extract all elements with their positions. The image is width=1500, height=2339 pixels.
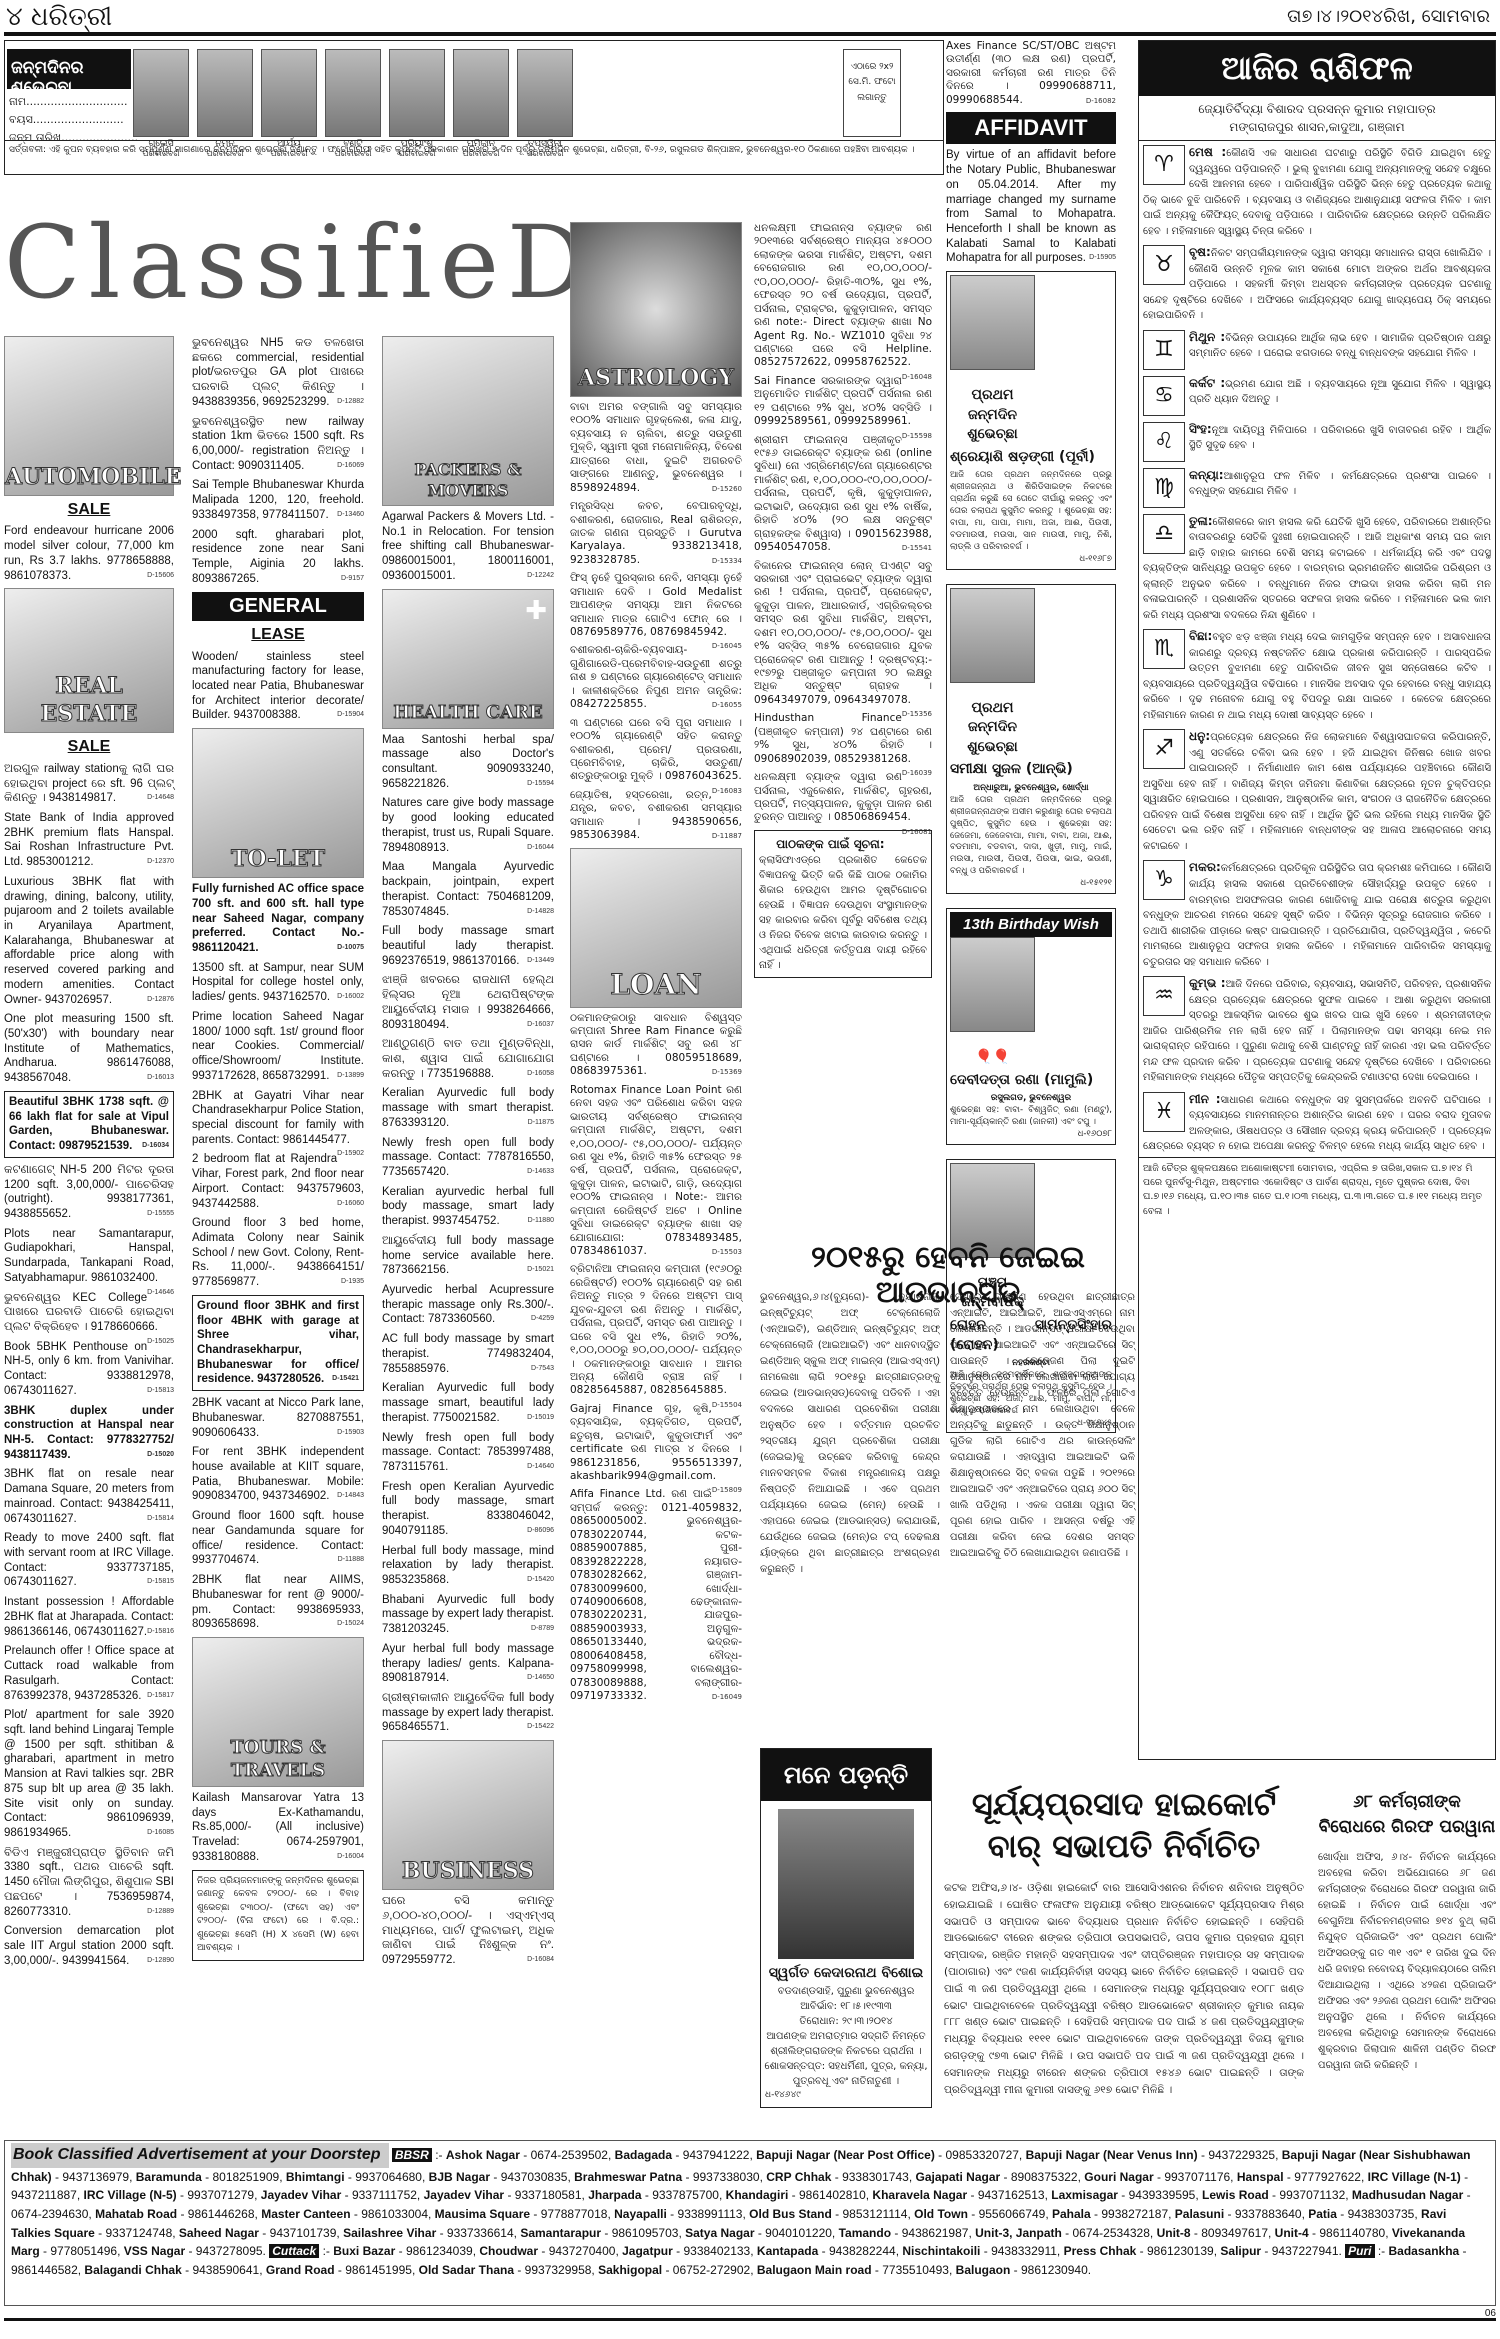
horoscope-sign: ♐ଧନୁ:ପ୍ରତ୍ୟେକ କ୍ଷେତ୍ରରେ ନିଜ ଲୋକମାନେ ବିଶ୍… <box>1139 725 1495 856</box>
classified-ad: Keralian ayurvedic herbal full body mass… <box>382 1185 554 1229</box>
classified-ad: Beautiful 3BHK 1738 sqft. @ 66 lakh flat… <box>4 1091 174 1158</box>
centre-phone: 9337180581 <box>515 2188 582 2202</box>
classified-ad: 3BHK duplex under construction at Hanspa… <box>4 1404 174 1463</box>
centre-name: Madhusudan Nagar <box>1352 2188 1463 2202</box>
classified-logo: ClassifieD <box>4 208 524 318</box>
ad-code: D-14648 <box>147 794 174 803</box>
sign-text: ଆଶାନୁରୂପ ଫଳ ମିଳିବ । କର୍ମକ୍ଷେତ୍ରରେ ପ୍ରଶଂସ… <box>1189 471 1491 498</box>
sign-name: ବିଛା: <box>1189 629 1212 643</box>
column-services: PACKERS & MOVERS Agarwal Packers & Mover… <box>382 336 554 1973</box>
wish-badge: 13th Birthday Wish <box>950 912 1112 937</box>
zodiac-icon: ♐ <box>1143 729 1185 769</box>
wish-place: ରସୁଲଗଡ, ଭୁବନେଶ୍ୱର <box>950 1093 1112 1105</box>
centre-name: Old Town <box>914 2207 968 2221</box>
booking-centre: Unit-4 - 9861140780, <box>1275 2226 1392 2240</box>
column-automobile-realestate: AUTOMOBILE SALE Ford endeavour hurricane… <box>4 336 174 1973</box>
centre-name: Khandagiri <box>726 2188 789 2202</box>
ad-code: D-16034 <box>142 1142 169 1151</box>
centre-name: Jharpada <box>588 2188 641 2202</box>
photo-placeholder: ଏଠାରେ ୨x୨ ସେ.ମି. ଫଟୋ ଲଗାନ୍ତୁ <box>843 49 901 137</box>
ad-code: D-15356 <box>902 710 932 719</box>
centre-name: Badagada <box>615 2148 672 2162</box>
centre-name: Nayapalli <box>614 2207 667 2221</box>
centre-name: Balugaon Main road <box>757 2263 872 2277</box>
sign-text: ଆଜି ଦିନରେ ପରିବାର, ବ୍ୟବସାୟ, ସଭାସମିତି, ପରି… <box>1143 979 1491 1083</box>
centre-phone: 9337883640 <box>1235 2207 1302 2221</box>
wish-name: ଦେବୀଦତ୍ତା ରଣା (ମାମୁଲି) <box>950 1071 1112 1091</box>
classified-ad: 2000 sqft. gharabari plot, residence zon… <box>192 528 364 587</box>
horoscope-title: ଆଜିର ରାଶିଫଳ <box>1139 41 1495 96</box>
centre-name: Jayadev Vihar <box>261 2188 342 2202</box>
automobile-sale-heading: SALE <box>4 500 174 520</box>
centre-phone: 9437101739 <box>270 2226 337 2240</box>
wish-photo <box>950 937 1035 1032</box>
centre-name: Kharavela Nagar <box>872 2188 967 2202</box>
ad-code: D-15020 <box>147 1451 174 1460</box>
classified-ad: Plots near Samantarapur, Gudiapokhari, H… <box>4 1227 174 1286</box>
classified-ad: Ground floor 3BHK and first floor 4BHK w… <box>192 1295 364 1391</box>
centre-phone: 8908375322 <box>1011 2170 1078 2184</box>
centre-phone: 9437227941 <box>1272 2244 1339 2258</box>
centre-phone: 9937064680 <box>355 2170 422 2184</box>
age-field[interactable]: ବୟସ.......................... <box>9 113 124 127</box>
tours-ads: Kailash Mansarovar Yatra 13 days Ex-Kath… <box>192 1791 364 1865</box>
classified-ad: 2BHK at Gayatri Vihar near Chandrasekhar… <box>192 1089 364 1148</box>
booking-centre: Nischintakoili - 9438332911, <box>902 2244 1063 2258</box>
horoscope-sign: ♈ମେଷ :କୌଣସି ଏକ ସାଧାରଣ ଘଟଣାରୁ ପରିସ୍ଥିତି ବ… <box>1139 141 1495 241</box>
tours-label: TOURS & TRAVELS <box>193 1736 363 1782</box>
classified-ad: ବଶୀକରଣ-ଚାକିରି-ବ୍ୟବସାୟ-ଗୁଣିଗାରେଡି-ପ୍ରେମବି… <box>570 644 742 711</box>
booking-centre: Old Town - 9556066749, <box>914 2207 1052 2221</box>
child-photo <box>325 49 381 137</box>
classified-ad: ଆୟୁର୍ବେଦୀୟ full body massage home servic… <box>382 1234 554 1278</box>
affidavit-heading: AFFIDAVIT <box>946 112 1116 144</box>
classified-ad: Hindusthan Finance (ପଞ୍ଜୀକୃତ କମ୍ପାନୀ) ୨୪… <box>754 712 932 766</box>
classified-ad: AC full body massage by smart therapist.… <box>382 1332 554 1376</box>
birthday-wish-ad: ପ୍ରଥମ ଜନ୍ମଦିନ ଶୁଭେଚ୍ଛାଶ୍ରେୟାଶି ଷଡ଼ଙ୍ଗୀ (… <box>946 271 1116 570</box>
classified-ad: ଧନଲକ୍ଷ୍ମୀ ଫାଇନାନ୍ସ ବ୍ୟାଙ୍କ ରଣ ୨୦୧୩ରେ ସର୍… <box>754 222 932 370</box>
ad-code: D-16082 <box>1086 97 1116 106</box>
classified-ad: ଝାଞ୍ଜି ଖବରରେ ରାଜଧାନୀ ହେଲ୍ଥ ହିଲ୍ସର ନୂଆ ଥେ… <box>382 973 554 1032</box>
ad-text: ଧନଲକ୍ଷ୍ମୀ ଫାଇନାନ୍ସ ବ୍ୟାଙ୍କ ରଣ ୨୦୧୩ରେ ସର୍… <box>754 222 932 368</box>
wish-code: ଧ-୧୬୦୭୮ <box>950 1129 1112 1141</box>
zodiac-icon: ♉ <box>1143 245 1185 285</box>
sign-text: ନୂଆ ଦାୟିତ୍ୱ ମିଳିପାରେ । ପରିବାରରେ ଖୁସି ବାତ… <box>1189 425 1491 452</box>
booking-centre: Baramunda - 8018251909, <box>136 2170 286 2184</box>
zodiac-icon: ♋ <box>1143 376 1185 416</box>
ad-code: D-16084 <box>527 1956 554 1965</box>
centre-phone: 9437278095 <box>196 2244 263 2258</box>
centre-phone: 9338301743 <box>842 2170 909 2184</box>
tours-image: TOURS & TRAVELS <box>192 1637 364 1787</box>
obituary-photo <box>778 1809 914 1959</box>
booking-centre: Tamando - 9438621987, <box>839 2226 976 2240</box>
booking-centres-footer: Book Classified Advertisement at your Do… <box>4 2140 1496 2306</box>
centre-phone: 9438590641 <box>192 2263 259 2277</box>
centre-phone: 9937071132 <box>1279 2188 1345 2202</box>
ad-code: D-16002 <box>337 993 364 1002</box>
ad-code: D-12882 <box>337 398 364 407</box>
ad-code: D-14640 <box>527 1463 554 1472</box>
ad-code: D-15503 <box>712 1248 742 1257</box>
ad-code: D-16085 <box>147 1829 174 1838</box>
ad-code: D-15421 <box>332 1375 359 1384</box>
ad-code: D-15817 <box>147 1692 174 1701</box>
centre-name: Gouri Nagar <box>1084 2170 1153 2184</box>
classified-ad: Rotomax Finance Loan Point ରଣ ନେବା ସହଜ ଏ… <box>570 1084 742 1259</box>
centre-phone: 8018251909 <box>212 2170 279 2184</box>
centre-phone: 9937071176 <box>1164 2170 1230 2184</box>
real-estate-sale-heading: SALE <box>4 737 174 757</box>
centre-phone: 9853121114 <box>843 2207 908 2221</box>
classified-ad: ଠକମାନଙ୍କଠାରୁ ସାବଧାନ ବିଶ୍ୱସ୍ତ କମ୍ପାନୀ Shr… <box>570 1012 742 1079</box>
classified-ad: କଟଣାଗେଟ୍ NH-5 200 ମିଟର ଦୂରତା 1200 sqft. … <box>4 1163 174 1222</box>
wish-code: ଧ-୧୧୬୮୭ <box>950 554 1112 566</box>
ad-code: D-15816 <box>147 1628 174 1637</box>
classified-ad: Herbal full body massage, mind relaxatio… <box>382 1544 554 1588</box>
centre-name: Samantarapur <box>520 2226 601 2240</box>
classified-ad: Ford endeavour hurricane 2006 model silv… <box>4 524 174 583</box>
real-estate-ads: ଅରଗୁଳ railway stationକୁ ଲାଗି ଘର ହୋଇଥିବା … <box>4 762 174 1969</box>
classified-ad: ଶ୍ରୀରାମ ଫାଇନାନ୍ସ ପଞ୍ଜୀକୃତ ୧୯୫୬ ଡାଇରେକ୍ଟ … <box>754 434 932 555</box>
centre-phone: 9437941222 <box>683 2148 750 2162</box>
centre-phone: 9938272187 <box>1101 2207 1168 2221</box>
classified-ad: One plot measuring 1500 sft. (50'x30') w… <box>4 1012 174 1086</box>
zodiac-icon: ♒ <box>1143 976 1185 1016</box>
classified-ad: Gajraj Finance ଗୃହ, କୃଷି, ବ୍ୟବସାୟିକ, ବ୍ୟ… <box>570 1403 742 1484</box>
ad-code: D-16055 <box>712 701 742 710</box>
classified-ad: ମନ୍ତ୍ରସିଦ୍ଧ କବଚ, ବେପାରବୃଦ୍ଧି, ବଶୀକରଣ, ରୋ… <box>570 500 742 567</box>
booking-centre: Salipur - 9437227941. <box>1220 2244 1345 2258</box>
ad-code: D-15905 <box>1089 254 1116 263</box>
booking-centre: Gajapati Nagar - 8908375322, <box>915 2170 1084 2184</box>
ad-code: D-15260 <box>712 485 742 494</box>
booking-centre: Brahmeswar Patna - 9937338030, <box>574 2170 766 2184</box>
centre-phone: 9439339595 <box>1129 2188 1196 2202</box>
booking-centre: Press Chhak - 9861230139, <box>1064 2244 1221 2258</box>
classified-ad: Conversion demarcation plot sale IIT Arg… <box>4 1924 174 1968</box>
booking-centre: Kantapada - 9438282244, <box>757 2244 902 2258</box>
classified-ad: ବିଡିଏ ମଞ୍ଜୁରୀପ୍ରାପ୍ତ ସ୍ଥିତିବାନ ଜମି 3380 … <box>4 1846 174 1920</box>
horoscope-sign: ♓ମୀନ :ସାଧାରଣ କଥାରେ ବନ୍ଧୁଙ୍କ ସହ ସୁସମ୍ପର୍କ… <box>1139 1088 1495 1157</box>
centre-phone: 9861234039 <box>406 2244 473 2258</box>
business-label: BUSINESS <box>383 1857 553 1885</box>
ad-code: D-15334 <box>712 557 742 566</box>
booking-centre: Gouri Nagar - 9937071176, <box>1084 2170 1237 2184</box>
booking-centre: Balugaon - 9861230940. <box>956 2263 1091 2277</box>
wish-body: ଆଜି ତୋର ପ୍ରଥମ ଜନ୍ମଦିନରେ ପ୍ରଭୁ ଶ୍ରୀଜଗନ୍ନା… <box>950 470 1112 553</box>
classified-ad: 2BHK flat near AIIMS, Bhubaneswar for re… <box>192 1573 364 1632</box>
ad-text: 2BHK at Gayatri Vihar near Chandrasekhar… <box>192 1090 364 1146</box>
booking-centre: Saheed Nagar - 9437101739, <box>179 2226 343 2240</box>
ad-code: D-14843 <box>337 1492 364 1501</box>
booking-centre: Buxi Bazar - 9861234039, <box>333 2244 479 2258</box>
classified-ad: Ayur herbal full body massage therapy la… <box>382 1642 554 1686</box>
ad-code: D-15024 <box>337 1620 364 1629</box>
classified-ad: State Bank of India approved 2BHK premiu… <box>4 811 174 870</box>
booking-centre: CRP Chhak - 9338301743, <box>766 2170 915 2184</box>
centre-name: Pahala <box>1052 2207 1091 2221</box>
ad-code: D-16044 <box>527 844 554 853</box>
ad-text: Luxurious 3BHK flat with drawing, dining… <box>4 876 174 1006</box>
zodiac-icon: ♓ <box>1143 1092 1185 1132</box>
zodiac-icon: ♑ <box>1143 860 1185 900</box>
classified-ad: Agarwal Packers & Movers Ltd. - No.1 in … <box>382 510 554 584</box>
centre-name: IRC Village (N-1) <box>1368 2170 1461 2184</box>
ad-code: D-16081 <box>902 828 932 837</box>
classified-ad: Fresh open Keralian Ayurvedic full body … <box>382 1480 554 1539</box>
booking-centre: Badagada - 9437941222, <box>615 2148 756 2162</box>
booking-centre: Balugaon Main road - 7735510493, <box>757 2263 956 2277</box>
column-finance: ଧନଲକ୍ଷ୍ମୀ ଫାଇନାନ୍ସ ବ୍ୟାଙ୍କ ରଣ ୨୦୧୩ରେ ସର୍… <box>754 222 932 978</box>
centre-name: Unit-3, Janpath <box>975 2226 1062 2240</box>
ad-code: D-15814 <box>147 1515 174 1524</box>
classified-ad: Newly fresh open full body massage. Cont… <box>382 1431 554 1475</box>
centre-name: Jagatpur <box>622 2244 673 2258</box>
classified-ad: ଭୁବନେଶ୍ୱର NH5 କଡ ତଳଖେତା ଛକରେ commercial,… <box>192 336 364 410</box>
classified-ad: Full body massage smart beautiful lady t… <box>382 924 554 968</box>
classified-ad: Prime location Saheed Nagar 1800/ 1000 s… <box>192 1010 364 1084</box>
centre-phone: 0674-2539502 <box>531 2148 608 2162</box>
packers-image: PACKERS & MOVERS <box>382 336 554 506</box>
booking-centre: Choudwar - 9437270400, <box>479 2244 622 2258</box>
centre-name: Ashok Nagar <box>446 2148 520 2162</box>
centre-phone: 9337111752 <box>352 2188 417 2202</box>
centre-name: Unit-8 <box>1157 2226 1191 2240</box>
ad-code: D-9157 <box>341 575 364 584</box>
ad-code: D-15025 <box>147 1338 174 1347</box>
zodiac-icon: ♏ <box>1143 629 1185 669</box>
obituary-death: ତିରୋଧାନ: ୨୯।୩।୨୦୧୪ <box>761 2014 931 2029</box>
centre-name: Bhimtangi <box>286 2170 345 2184</box>
ad-code: D-16083 <box>712 787 742 796</box>
horoscope-sign: ♉ବୃଷ:ନିକଟ ସମ୍ପର୍କୀୟମାନଙ୍କ ଦ୍ୱାରା ସମସ୍ୟା … <box>1139 241 1495 326</box>
centre-phone: 7735510493 <box>882 2263 949 2277</box>
ad-text: ଭୁବନେଶ୍ୱର KEC College ପାଖରେ ଘରବାଡି ପାଚେର… <box>4 1292 174 1333</box>
bar-body: କଟକ ଅଫିସ,୬।୪- ଓଡ଼ିଶା ହାଇକୋର୍ଟ ବାର ଆସୋସିଏ… <box>944 1880 1304 2098</box>
ad-code: D-16049 <box>712 1693 742 1702</box>
classified-ad: ଭୁବନେଶ୍ୱରସ୍ଥିତ new railway station 1km ଭ… <box>192 415 364 474</box>
classified-ad: 2 bedroom flat at Rajendra Vihar, Forest… <box>192 1152 364 1211</box>
horoscope-sign: ♋କର୍କଟ :ଭ୍ରମଣ ଯୋଗ ଅଛି । ବ୍ୟବସାୟରେ ନୂଆ ସୁ… <box>1139 372 1495 418</box>
classified-ad: Ground floor 3 bed home, Adimata Colony … <box>192 1216 364 1290</box>
sign-text: କର୍ମକ୍ଷେତ୍ରରେ ପ୍ରତିକୂଳ ପରିସ୍ଥିତିର ତାପ କ୍… <box>1143 863 1491 967</box>
centre-name: Master Canteen <box>261 2207 350 2221</box>
ad-code: D-16058 <box>527 1070 554 1079</box>
reader-notice-heading: ପାଠକଙ୍କ ପାଇଁ ସୂଚନା: <box>759 835 927 853</box>
business-ads: ଘରେ ବସି କମାନ୍ତୁ ୬,୦୦୦-୪୦,୦୦୦/- । ଏସ୍ଏମ୍ଏ… <box>382 1894 554 1968</box>
city-tag: Cuttack <box>269 2244 319 2258</box>
ad-code: D-16048 <box>902 373 932 382</box>
obituary-prayer: ଆପଣଙ୍କ ଅମରାତ୍ମାର ସଦ୍‌ଗତି ନିମନ୍ତେ ଶ୍ରୀଲିଙ… <box>761 2029 931 2059</box>
centre-name: Grand Road <box>266 2263 335 2277</box>
centre-phone: 9438303735 <box>1348 2207 1415 2221</box>
centre-name: Lewis Road <box>1202 2188 1269 2202</box>
business-image: BUSINESS <box>382 1740 554 1890</box>
ad-code: D-15903 <box>337 1429 364 1438</box>
classified-logo-text: ClassifieD <box>4 204 595 321</box>
booking-centre: Jagatpur - 9338402133, <box>622 2244 757 2258</box>
wish-name: ସମୀକ୍ଷା ସୁଜଳ (ଆନ୍‌ଭି) <box>950 760 1112 780</box>
sign-name: କୁମ୍ଭ : <box>1189 976 1226 990</box>
horoscope-sign: ♒କୁମ୍ଭ :ଆଜି ଦିନରେ ପରିବାର, ବ୍ୟବସାୟ, ସଭାସମ… <box>1139 972 1495 1088</box>
classified-ad: 2BHK vacant at Nicco Park lane, Bhubanes… <box>192 1396 364 1440</box>
centre-name: Hanspal <box>1237 2170 1284 2184</box>
classified-ad: Maa Mangala Ayurvedic backpain, jointpai… <box>382 860 554 919</box>
classified-ad: Ground floor 1600 sqft. house near Ganda… <box>192 1509 364 1568</box>
centre-name: Tamando <box>839 2226 891 2240</box>
ad-code: D-4259 <box>531 1315 554 1324</box>
wish-photo <box>950 275 1035 370</box>
centre-phone: 9437270400 <box>549 2244 616 2258</box>
column-astrology-loan: ASTROLOGY ବାବା ଅମର ବଙ୍ଗାଲି ସବୁ ସମସ୍ୟାର ୧… <box>570 222 742 1708</box>
wish-photo <box>950 588 1035 683</box>
ad-code: D-15902 <box>337 1150 364 1159</box>
ad-code: D-11888 <box>338 1556 364 1565</box>
booking-centre-list: BBSR :- Ashok Nagar - 0674-2539502, Bada… <box>11 2148 1471 2277</box>
horoscope-sign: ♍କନ୍ୟା:ଆଶାନୁରୂପ ଫଳ ମିଳିବ । କର୍ମକ୍ଷେତ୍ରରେ… <box>1139 464 1495 510</box>
ad-code: D-15422 <box>527 1723 554 1732</box>
masthead-divider <box>4 32 1496 36</box>
obituary-name: ସ୍ୱର୍ଗତ କେଦାରନାଥ ବିଶୋଇ <box>761 1963 931 1984</box>
birthday-wish-ad: 13th Birthday Wish🎈🎈ଦେବୀଦତ୍ତା ରଣା (ମାମୁଲ… <box>946 908 1116 1145</box>
booking-centre: Jayadev Vihar - 9337180581, <box>424 2188 589 2202</box>
centre-name: Mahatab Road <box>95 2207 177 2221</box>
ad-code: D-15369 <box>712 1068 742 1077</box>
ad-code: D-16060 <box>337 1200 364 1209</box>
centre-phone: 9861446582 <box>11 2263 78 2277</box>
sign-text: ବିଭିନ୍ନ ଉପାୟରେ ଆର୍ଥିକ ଲାଭ ହେବ । ସାମାଜିକ … <box>1189 333 1491 360</box>
centre-name: Gajapati Nagar <box>915 2170 1000 2184</box>
ad-text: AC full body massage by smart therapist.… <box>382 1333 554 1374</box>
birthday-wish-ad: ପ୍ରଥମ ଜନ୍ମଦିନ ଶୁଭେଚ୍ଛାସମୀକ୍ଷା ସୁଜଳ (ଆନ୍‌… <box>946 584 1116 894</box>
centre-name: Laxmisagar <box>1051 2188 1118 2202</box>
packers-ads: Agarwal Packers & Movers Ltd. - No.1 in … <box>382 510 554 584</box>
sign-name: କର୍କଟ : <box>1189 376 1225 390</box>
horoscope-sign: ♌ସିଂହ:ନୂଆ ଦାୟିତ୍ୱ ମିଳିପାରେ । ପରିବାରରେ ଖୁ… <box>1139 418 1495 464</box>
centre-phone: 9338991113 <box>678 2207 743 2221</box>
name-field[interactable]: ନାମ............................. <box>9 95 127 109</box>
wish-body: ଆଜି ତୋର ପ୍ରଥମ ଜନ୍ମଦିନରେ ପ୍ରଭୁ ଶ୍ରୀଜଗନ୍ନା… <box>950 795 1112 878</box>
ad-text: Rotomax Finance Loan Point ରଣ ନେବା ସହଜ ଏ… <box>570 1084 742 1257</box>
centre-name: Nischintakoili <box>902 2244 980 2258</box>
sign-text: ବହୁତ ଝଡ଼ ଝଞ୍ଜା ମଧ୍ୟ ଦେଇ କାମଗୁଡ଼ିକ ସମ୍ପନ୍… <box>1143 632 1491 721</box>
centre-name: Sailashree Vihar <box>343 2226 436 2240</box>
plus-icon: ✚ <box>525 594 547 627</box>
centre-name: Badasankha <box>1389 2244 1460 2258</box>
ad-code: D-15021 <box>527 1266 554 1275</box>
loan-image: LOAN <box>570 848 742 1008</box>
ad-text: ଫିସ୍ ନୁହେଁ ପୁରସ୍କାର ନେବି, ସମସ୍ୟା ନୁହେଁ ସ… <box>570 572 742 638</box>
classified-ad: ଫିସ୍ ନୁହେଁ ପୁରସ୍କାର ନେବି, ସମସ୍ୟା ନୁହେଁ ସ… <box>570 572 742 639</box>
centre-phone: 9777927622 <box>1294 2170 1361 2184</box>
centre-name: Choudwar <box>479 2244 538 2258</box>
panchang-text: ଆଜି ଚୈତ୍ର ଶୁକ୍ଳପକ୍ଷରେ ଅଶୋକାଷ୍ଟମୀ ସୋମବାର,… <box>1139 1157 1495 1223</box>
booking-centre: Ashok Nagar - 0674-2539502, <box>446 2148 615 2162</box>
booking-centre: Sakhigopal - 06752-272902, <box>598 2263 757 2277</box>
classified-ad: ବିକାନେର ଫାଇନାନ୍ସ ଲୋନ୍ ପଏଣ୍ଟ ସବୁ ସରକାରୀ ଏ… <box>754 560 932 708</box>
classified-ad: For rent 3BHK independent house availabl… <box>192 1445 364 1504</box>
classified-ad: Ready to move 2400 sqft. flat with serva… <box>4 1531 174 1590</box>
booking-centre: Old Sadar Thana - 9937329958, <box>419 2263 598 2277</box>
centre-name: Palasuni <box>1175 2207 1224 2221</box>
booking-centre: Pahala - 9938272187, <box>1052 2207 1175 2221</box>
centre-phone: 9437136979 <box>62 2170 129 2184</box>
ad-text: Plot/ apartment for sale 3920 sqft. land… <box>4 1709 174 1839</box>
ad-code: D-12876 <box>147 996 174 1005</box>
obituary-address: ବଡଦାଣ୍ଡସାହି, ପୁରୁଣା ଭୁବନେଶ୍ୱର <box>761 1984 931 1999</box>
finance-ads: ଧନଲକ୍ଷ୍ମୀ ଫାଇନାନ୍ସ ବ୍ୟାଙ୍କ ରଣ ୨୦୧୩ରେ ସର୍… <box>754 222 932 825</box>
classified-ad: Plot/ apartment for sale 3920 sqft. land… <box>4 1708 174 1840</box>
ad-text: ଧନଲକ୍ଷ୍ମୀ ବ୍ୟାଙ୍କ ଦ୍ୱାରା ରଣ ପର୍ସନାଲ, ଏଜୁ… <box>754 771 932 823</box>
classified-ad: Newly fresh open full body massage. Cont… <box>382 1136 554 1180</box>
real-estate-label: REAL ESTATE <box>5 672 173 728</box>
child-photo <box>517 49 573 137</box>
centre-phone: 9937329958 <box>525 2263 592 2277</box>
bar-headline: ସୂର୍ଯ୍ୟପ୍ରସାଦ ହାଇକୋର୍ଟ ବାର୍ ସଭାପତି ନିର୍ବ… <box>944 1784 1304 1867</box>
ad-code: D-13460 <box>337 511 364 520</box>
centre-name: Mausima Square <box>435 2207 530 2221</box>
classified-ad: ଜ୍ୟୋତିଷ, ହସ୍ତରେଖା, ରତ୍ନ, ଯନ୍ତ୍ର, କବଚ, ବଶ… <box>570 789 742 843</box>
sign-name: ମୀନ : <box>1189 1092 1221 1106</box>
ad-code: D-15555 <box>147 1210 174 1219</box>
ad-code: D-14633 <box>527 1168 554 1177</box>
reader-notice-body: କ୍ଲାସିଫାଏଡ୍‌ରେ ପ୍ରକାଶିତ କେତେକ ବିଜ୍ଞାପନକୁ… <box>759 853 927 973</box>
ad-code: D-15541 <box>902 544 932 553</box>
centre-phone: 9937338030 <box>693 2170 760 2184</box>
ad-code: D-15504 <box>712 1401 742 1410</box>
centre-name: Satya Nagar <box>685 2226 754 2240</box>
centre-phone: 9861230940 <box>1021 2263 1088 2277</box>
centre-name: Bapuji Nagar (Near Venus Inn) <box>1026 2148 1198 2162</box>
ad-code: D-15815 <box>147 1578 174 1587</box>
ad-code: D-15598 <box>902 432 932 441</box>
ad-code: D-12890 <box>147 1957 174 1966</box>
booking-centre: Balagandi Chhak - 9438590641, <box>84 2263 265 2277</box>
booking-centre: Master Canteen - 9861033004, <box>261 2207 434 2221</box>
centre-phone: 9937071279 <box>187 2188 254 2202</box>
classified-ad: Keralian Ayurvedic full body massage sma… <box>382 1381 554 1425</box>
booking-centre: Old Bus Stand - 9853121114, <box>749 2207 914 2221</box>
classified-ad: Fully furnished AC office space 700 sft.… <box>192 882 364 956</box>
ad-text: Ground floor 3 bed home, Adimata Colony … <box>192 1217 364 1288</box>
obituary-birth: ଆବିର୍ଭାବ: ୧୮।୫।୧୯୩୩ <box>761 1999 931 2014</box>
centre-phone: 9861033004 <box>361 2207 428 2221</box>
centre-phone: 09853320727 <box>946 2148 1019 2162</box>
classified-ad: ଆଣ୍ଠୁଗଣ୍ଠି ବାତ ତଥା ମୁଣ୍ଡବିନ୍ଧା, କାଶ, ଶ୍ୱ… <box>382 1037 554 1081</box>
child-photo <box>133 49 189 137</box>
lease-ads: Wooden/ stainless steel manufacturing fa… <box>192 650 364 724</box>
booking-centre: Unit-8 - 8093497617, <box>1157 2226 1275 2240</box>
coupon-terms: ସର୍ତ୍ତାବଳୀ: ଏହି କୁପନ ବ୍ୟବହାର କରି ସମ୍ପୂର୍… <box>5 140 943 174</box>
ad-code: D-16045 <box>712 642 742 651</box>
centre-phone: 9337875700 <box>652 2188 719 2202</box>
ad-code: D-15809 <box>712 1486 742 1495</box>
centre-phone: 9337336614 <box>447 2226 514 2240</box>
ad-code: D-11887 <box>712 832 742 841</box>
classified-ad: Sai Finance ସରକାରଙ୍କ ଦ୍ୱାରା ଅନୁମୋଦିତ ମାର… <box>754 375 932 429</box>
classified-ad: ଅରଗୁଳ railway stationକୁ ଲାଗି ଘର ହୋଇଥିବା … <box>4 762 174 806</box>
booking-centre: Jayadev Vihar - 9337111752, <box>261 2188 424 2202</box>
ad-code: D-12889 <box>147 1908 174 1917</box>
centre-phone: 9437162513 <box>978 2188 1045 2202</box>
ad-code: D-16013 <box>147 1074 174 1083</box>
sign-text: କୌଶଳରେ କାମ ହାସଲ କରି ଯେତିକି ଖୁସି ହେବେ, ପର… <box>1143 517 1491 621</box>
classified-ad: Prelaunch offer ! Office space at Cuttac… <box>4 1644 174 1703</box>
horoscope-box: ଆଜିର ରାଶିଫଳ ଜ୍ୟୋତିର୍ବିଦ୍ୟା ବିଶାରଦ ପ୍ରସନ୍… <box>1138 40 1496 1760</box>
centre-phone: 06752-272902 <box>673 2263 750 2277</box>
reader-notice: ପାଠକଙ୍କ ପାଇଁ ସୂଚନା: କ୍ଲାସିଫାଏଡ୍‌ରେ ପ୍ରକା… <box>754 830 932 978</box>
